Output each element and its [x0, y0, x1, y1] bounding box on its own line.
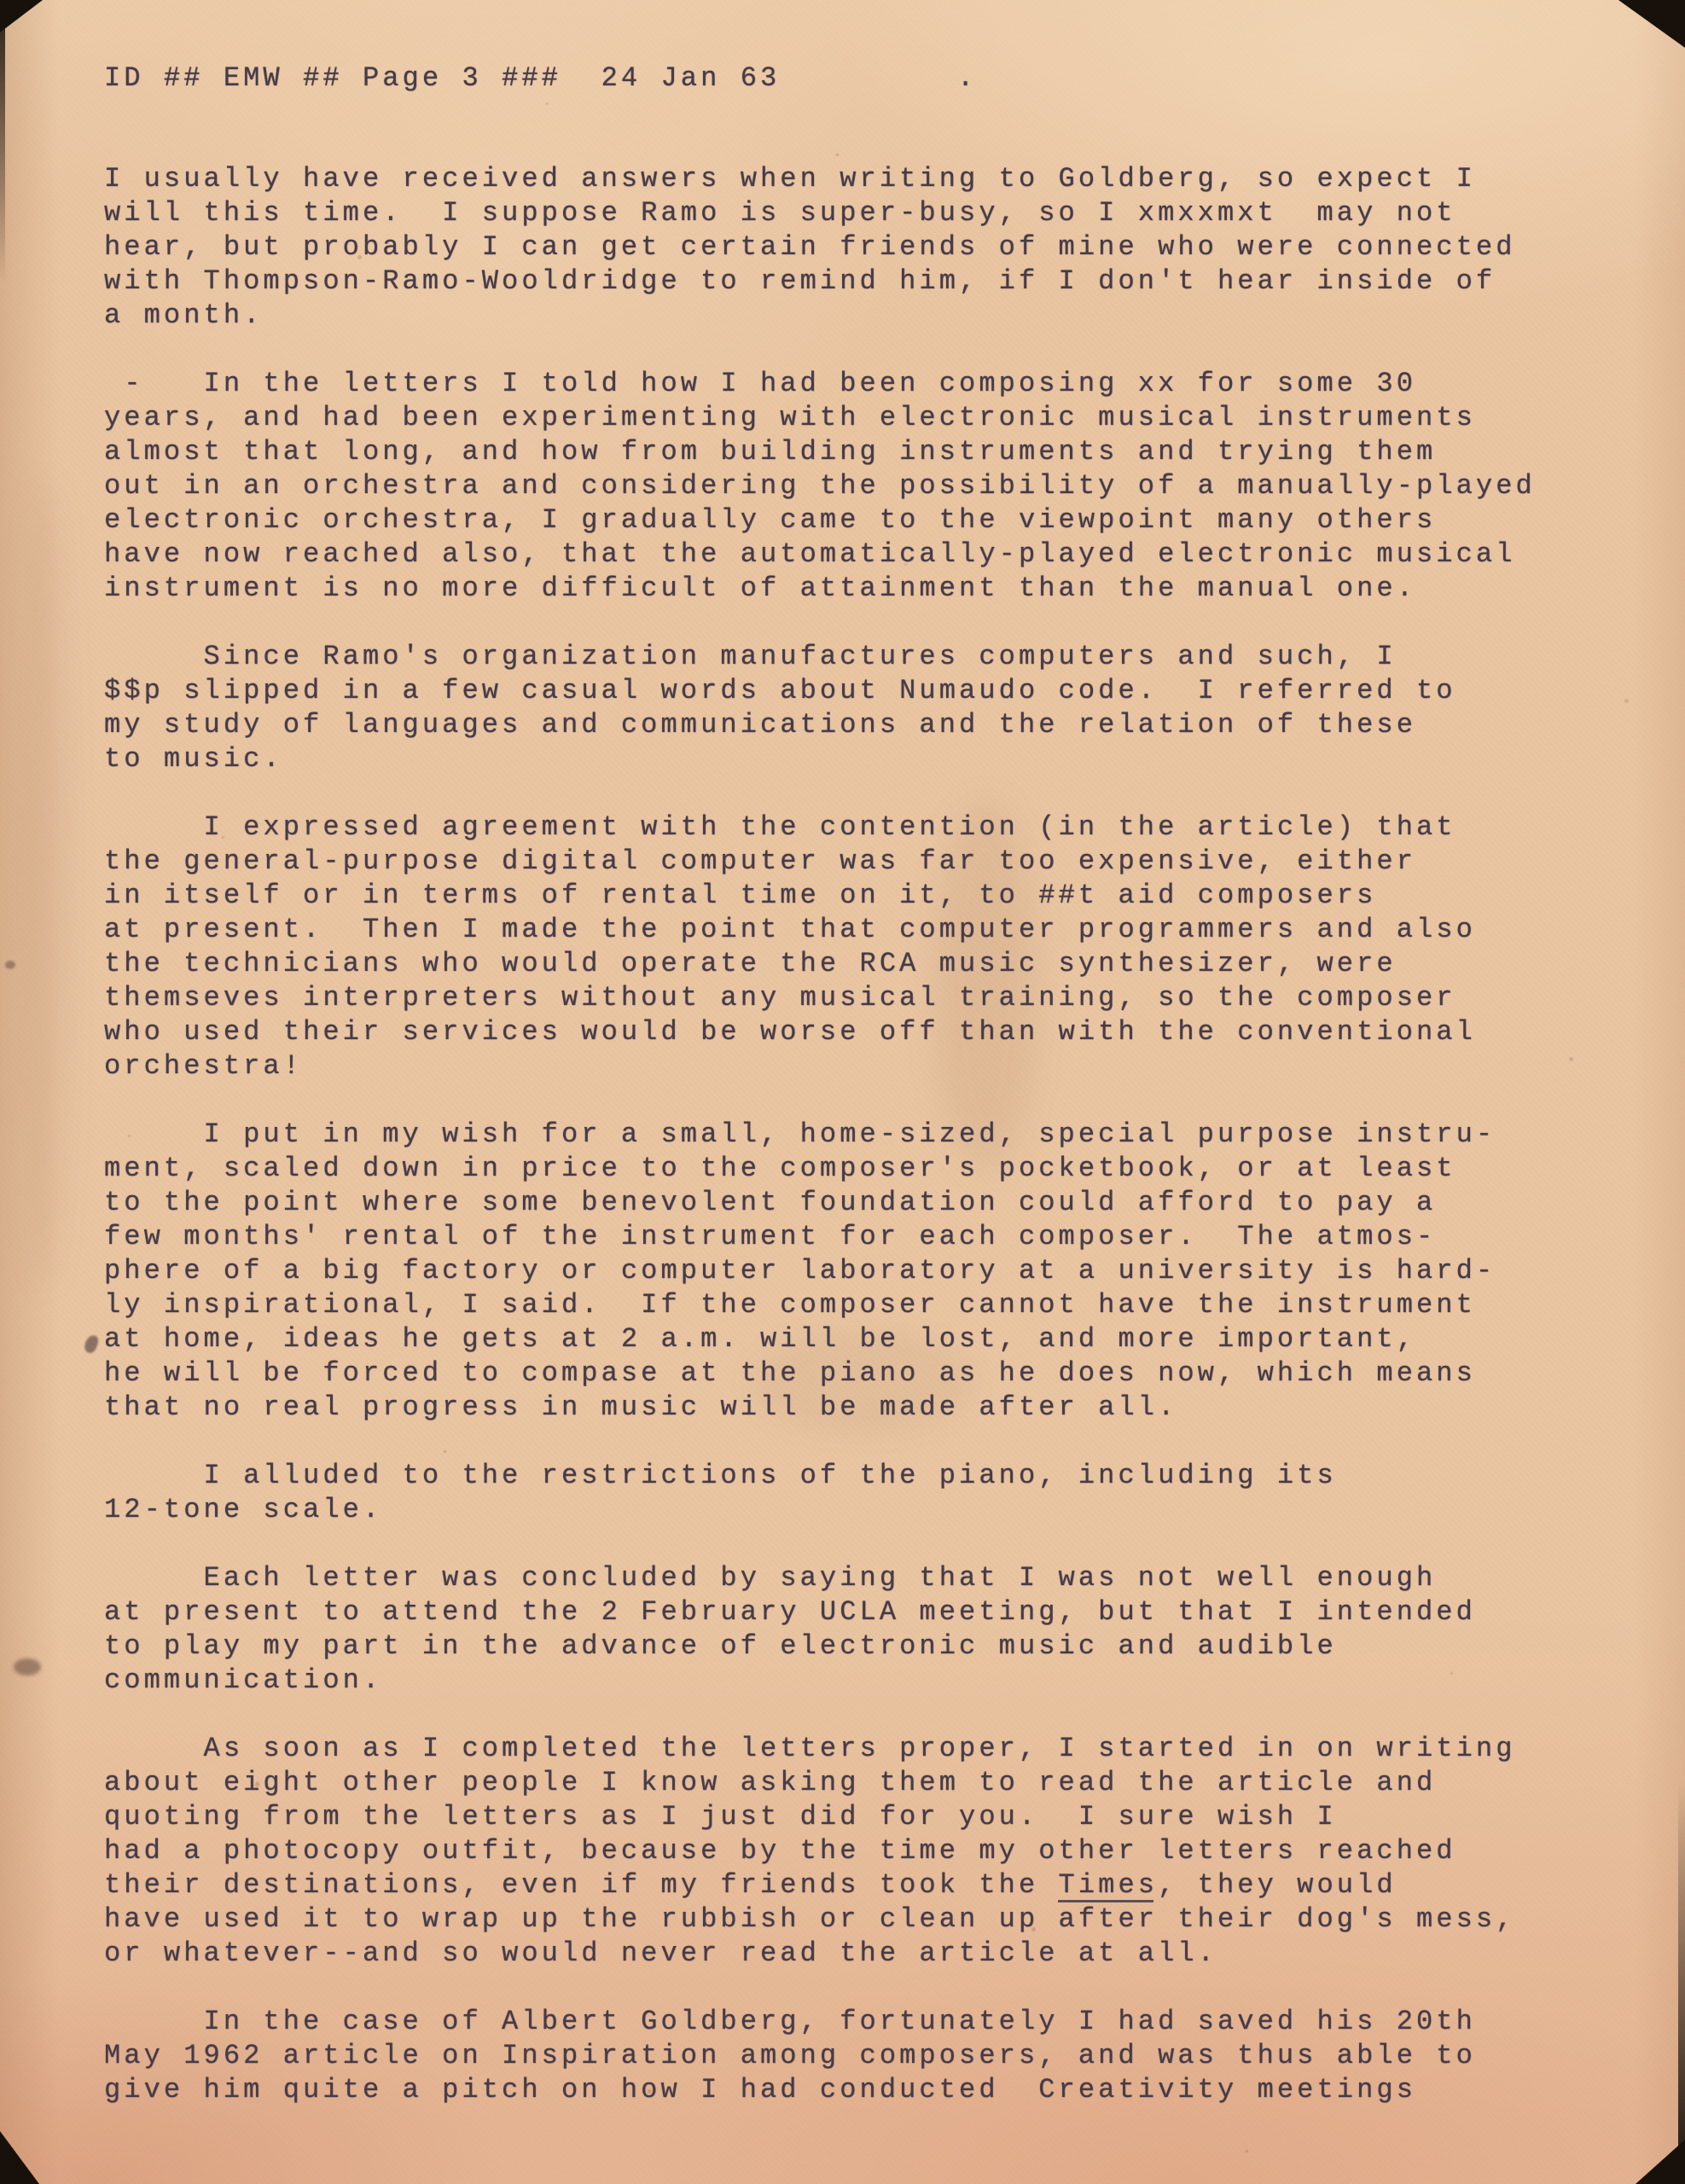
paragraph: - In the letters I told how I had been c… — [104, 367, 1536, 606]
paragraph: In the case of Albert Goldberg, fortunat… — [104, 2005, 1536, 2107]
small-smudge — [5, 961, 15, 969]
paragraph: Each letter was concluded by saying that… — [104, 1561, 1536, 1698]
paragraph: I expressed agreement with the contentio… — [104, 810, 1536, 1083]
ink-smudge — [14, 1658, 41, 1676]
page-header: ID ## EMW ## Page 3 ### 24 Jan 63 — [104, 61, 780, 96]
paragraph: I put in my wish for a small, home-sized… — [104, 1118, 1536, 1425]
paragraph: As soon as I completed the letters prope… — [104, 1732, 1536, 1971]
scan-edge-right — [1678, 1783, 1685, 2150]
times-underline — [1058, 1900, 1153, 1902]
letter-body: I usually have received answers when wri… — [104, 162, 1536, 2141]
paragraph: Since Ramo's organization manufactures c… — [104, 640, 1536, 776]
paragraph: I usually have received answers when wri… — [104, 162, 1536, 333]
stray-typed-dot: . — [957, 61, 977, 96]
paragraph: I alluded to the restrictions of the pia… — [104, 1459, 1536, 1527]
scanned-letter-page: ID ## EMW ## Page 3 ### 24 Jan 63 . I us… — [0, 0, 1685, 2184]
scan-edge-left — [0, 26, 5, 282]
